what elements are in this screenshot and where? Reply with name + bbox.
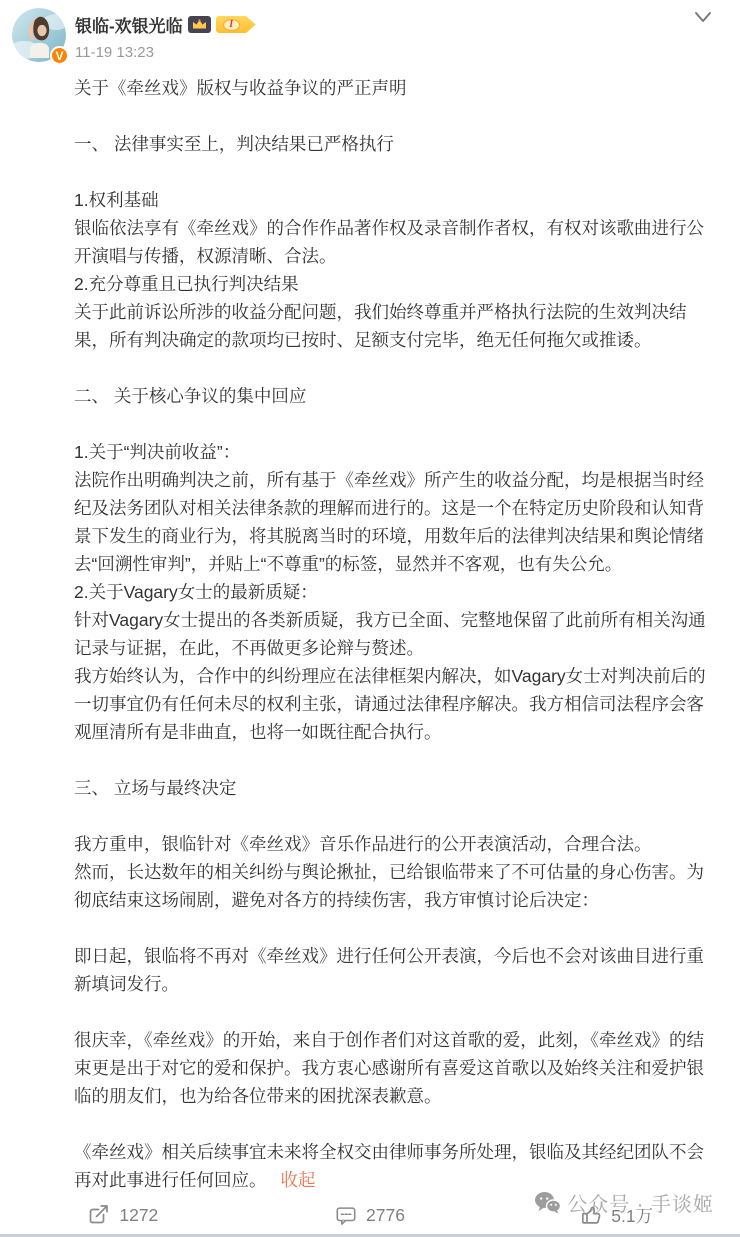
chevron-down-icon[interactable] — [692, 6, 714, 28]
like-button[interactable]: 5.1万 — [493, 1203, 740, 1228]
post-timestamp: 11-19 13:23 — [75, 44, 256, 61]
like-icon — [580, 1204, 602, 1226]
verified-badge-icon: V — [50, 46, 69, 65]
crown-badge-icon — [188, 16, 211, 33]
username[interactable]: 银临-欢银光临 — [75, 12, 183, 37]
avatar[interactable]: V — [12, 8, 66, 62]
post-body: 关于《牵丝戏》版权与收益争议的严正声明 一、 法律事实至上，判决结果已严格执行 … — [74, 74, 714, 1194]
repost-count: 1272 — [119, 1205, 158, 1226]
post-text: 关于《牵丝戏》版权与收益争议的严正声明 一、 法律事实至上，判决结果已严格执行 … — [74, 78, 706, 1190]
vip-level-badge-icon: I — [216, 16, 256, 33]
action-bar: 1272 2776 5.1万 — [0, 1196, 740, 1234]
comment-icon — [335, 1204, 357, 1226]
collapse-link[interactable]: 收起 — [281, 1170, 316, 1190]
repost-icon — [88, 1204, 110, 1226]
repost-button[interactable]: 1272 — [0, 1204, 247, 1226]
vip-level-label: I — [223, 19, 240, 31]
post-header: V 银临-欢银光临 I 11-19 13:23 — [12, 8, 728, 66]
weibo-post: V 银临-欢银光临 I 11-19 13:23 — [0, 0, 740, 1237]
header-info: 银临-欢银光临 I 11-19 13:23 — [75, 12, 256, 61]
like-count: 5.1万 — [611, 1203, 653, 1228]
comment-button[interactable]: 2776 — [247, 1204, 494, 1226]
comment-count: 2776 — [366, 1205, 405, 1226]
